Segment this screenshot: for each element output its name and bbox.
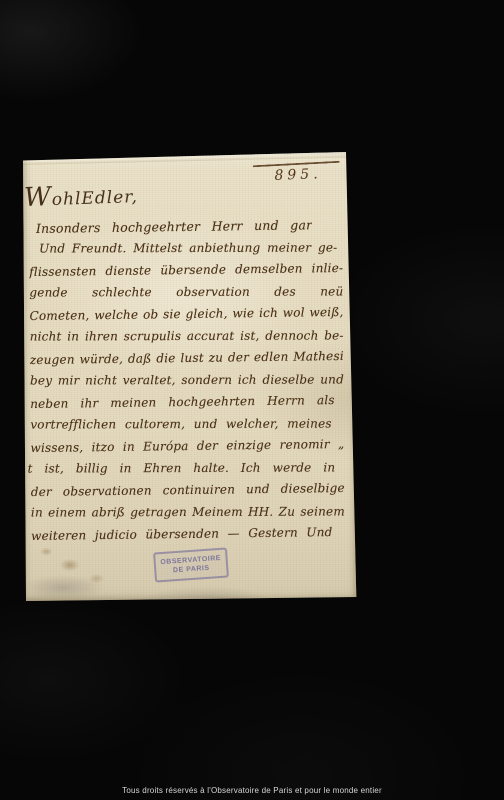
manuscript-line: zeugen würde, daß die lust zu der edlen …: [30, 346, 344, 372]
manuscript-line: flissensten dienste übersende demselben …: [29, 258, 343, 284]
stamp-line-2: DE PARIS: [173, 564, 210, 575]
copyright-notice: Tous droits réservés à l'Observatoire de…: [0, 786, 504, 795]
manuscript-line: Cometen, welche ob sie gleich, wie ich w…: [29, 302, 343, 328]
manuscript-line: bey mir nicht veraltet, sondern ich dies…: [30, 369, 344, 392]
manuscript-line: vortrefflichen cultorem, und welcher, me…: [30, 414, 332, 437]
manuscript-line: Insonders hochgeehrter Herr und gar Gönn…: [36, 214, 313, 240]
manuscript-line: wissens, itzo in Európa der einzige reno…: [30, 434, 344, 460]
manuscript-line: weiteren judicio übersenden — Gestern Un…: [31, 522, 333, 548]
observatoire-stamp: OBSERVATOIRE DE PARIS: [153, 547, 229, 582]
manuscript-line: Und Freundt. Mittelst anbiethung meiner …: [39, 237, 337, 260]
manuscript-page: 895. WohlEdler, Insonders hochgeehrter H…: [23, 152, 357, 601]
manuscript-line: neben ihr meinen hochgeehrten Herrn als …: [30, 390, 335, 416]
archive-number: 895.: [251, 161, 346, 184]
manuscript-line: gende schlechte observation des neü ents…: [29, 281, 343, 304]
salutation-line: WohlEdler,: [24, 179, 139, 213]
scan-viewport: 895. WohlEdler, Insonders hochgeehrter H…: [0, 0, 504, 800]
manuscript-line: nicht in ihren scrupulis accurat ist, de…: [30, 325, 344, 348]
manuscript-line: in einem abriß getragen Meinem HH. Zu se…: [31, 501, 345, 524]
archive-number-value: 895.: [251, 165, 346, 184]
letter-body: Insonders hochgeehrter Herr und gar Gönn…: [29, 215, 345, 547]
manuscript-line: der observationen continuiren und diesel…: [31, 478, 345, 504]
manuscript-line: t ist, billig in Ehren halte. Ich werde …: [28, 458, 336, 481]
